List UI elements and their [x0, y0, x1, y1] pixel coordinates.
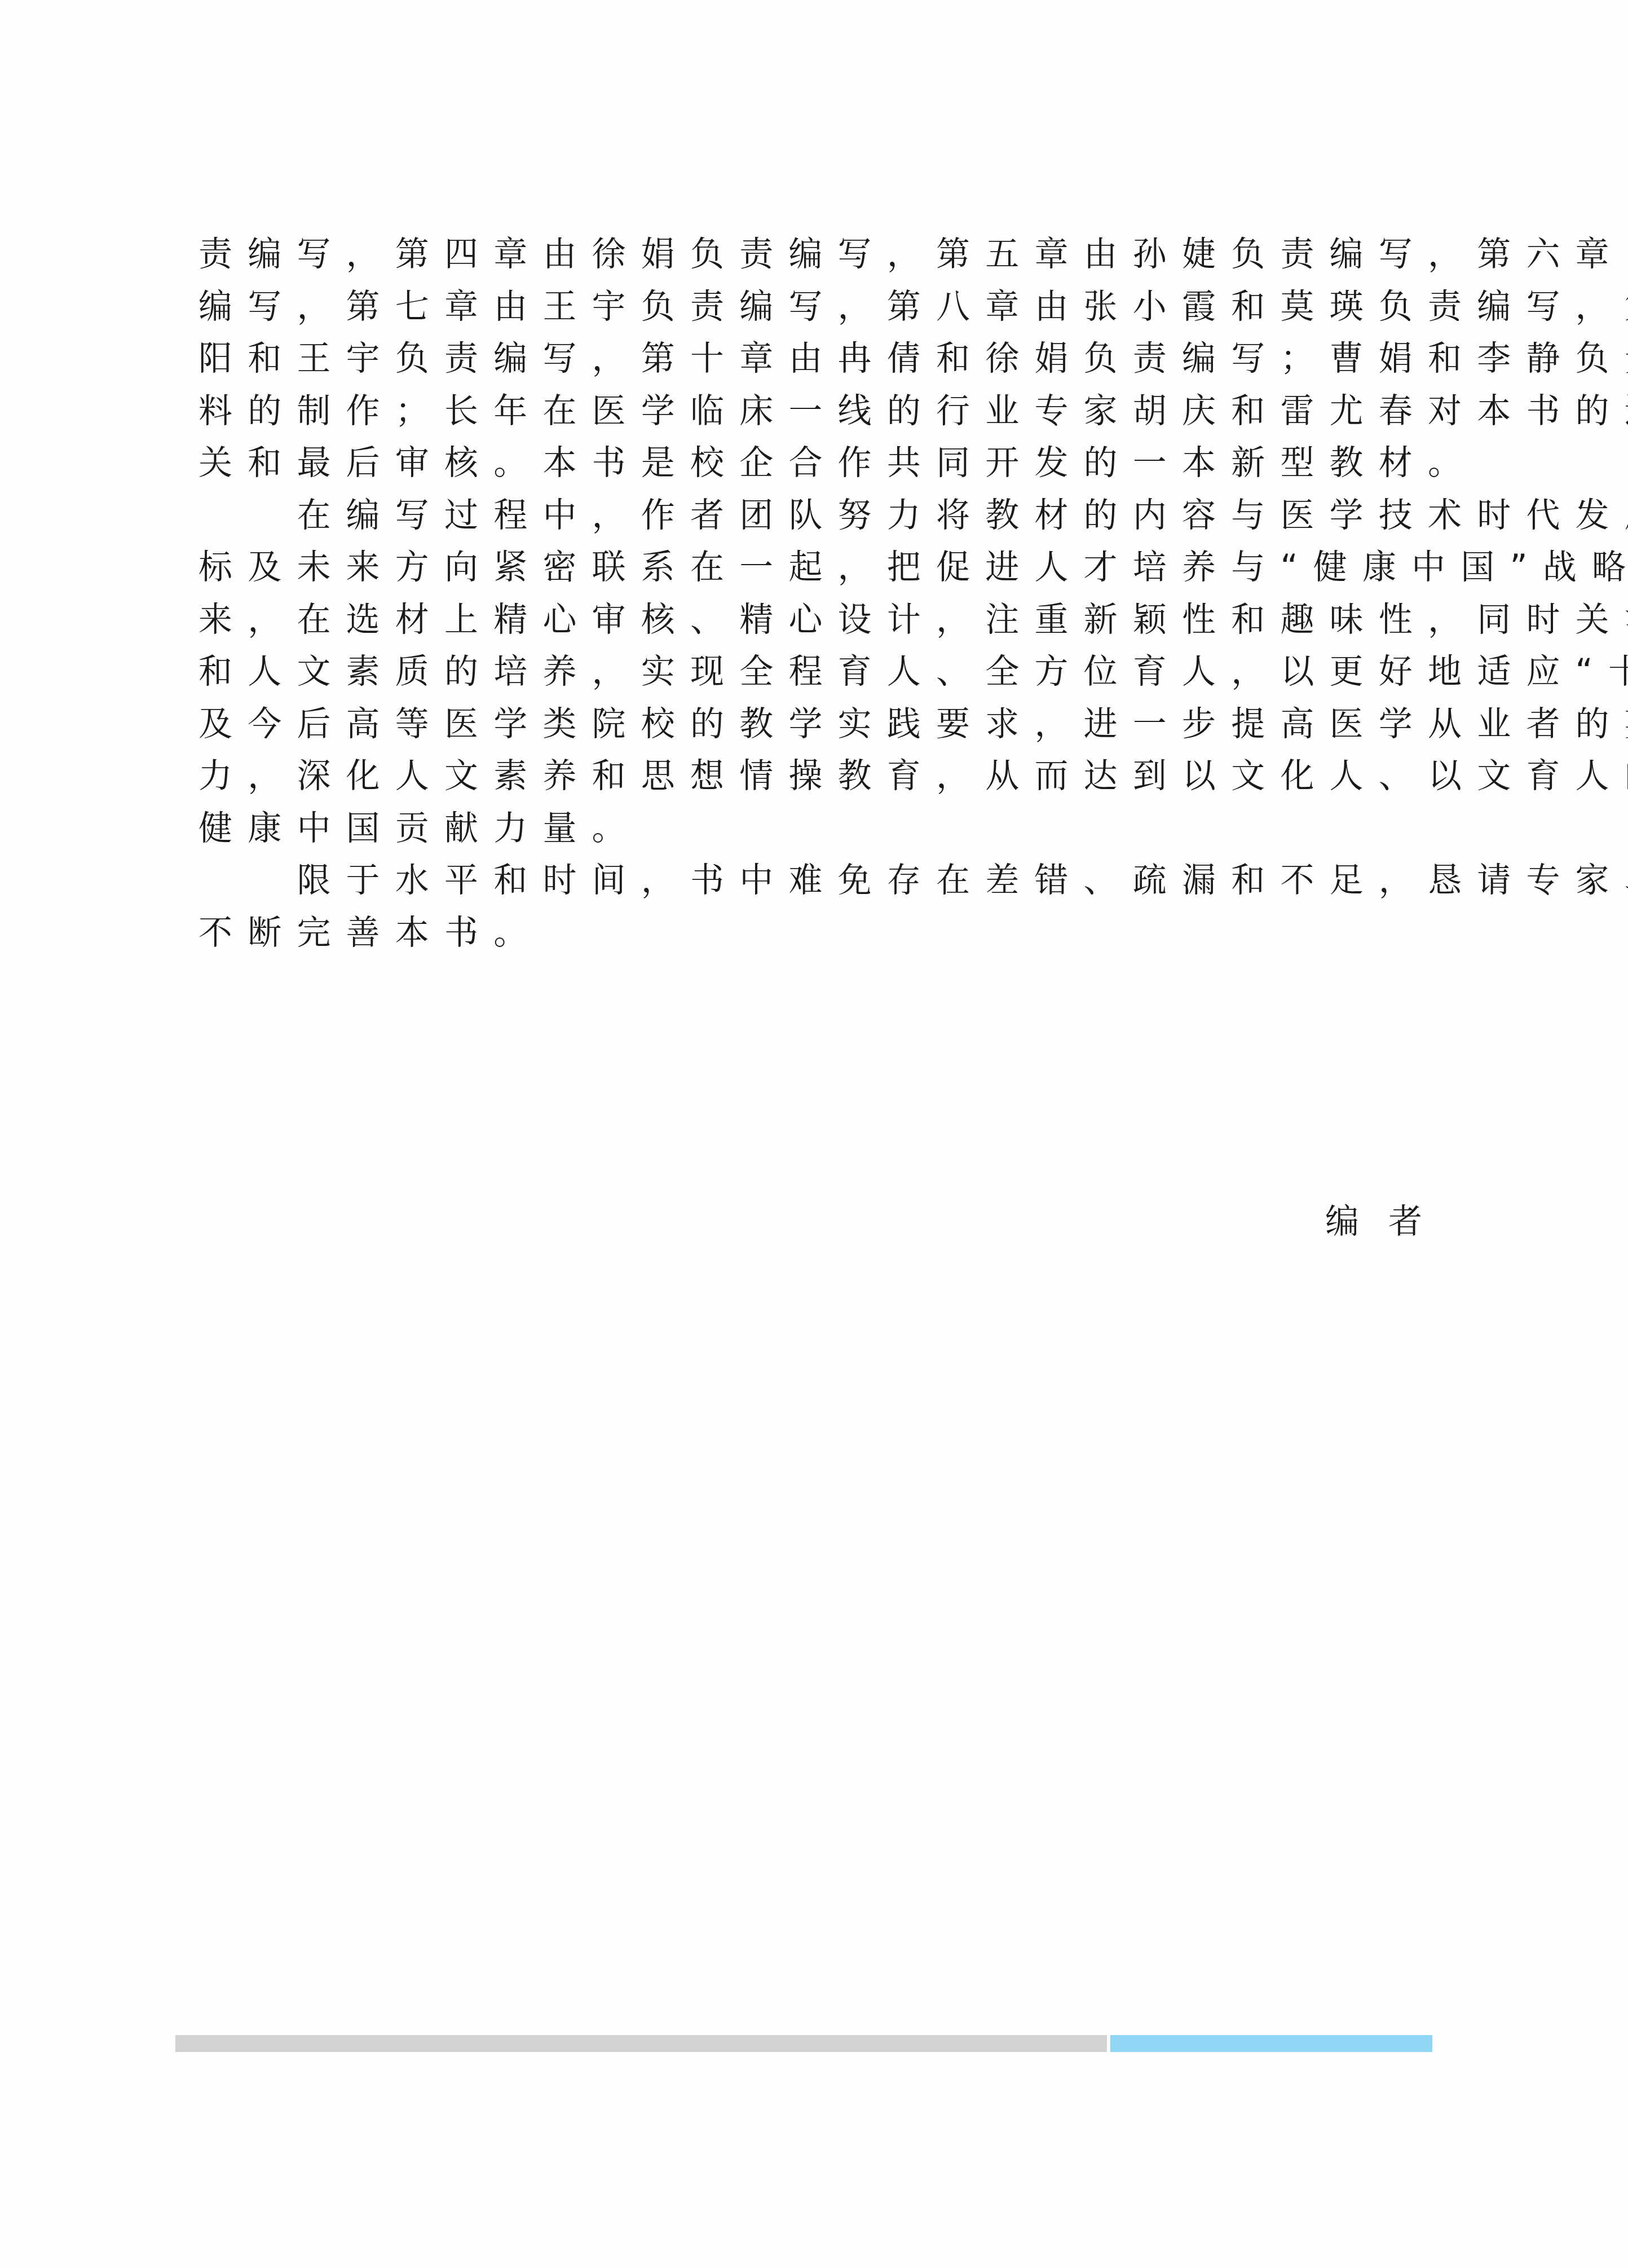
- signature-editors: 编者: [1325, 1196, 1422, 1248]
- text-line: 标及未来方向紧密联系在一起，把促进人才培养与“健康中国”战略紧密结合起: [198, 541, 1433, 594]
- paragraph-disclaimer: 限于水平和时间，书中难免存在差错、疏漏和不足，恳请专家、读者批评指正，以期 不断…: [198, 855, 1433, 959]
- paragraph-writing-process: 在编写过程中，作者团队努力将教材的内容与医学技术时代发展的现实目 标及未来方向紧…: [198, 490, 1433, 855]
- text-line: 及今后高等医学类院校的教学实践要求，进一步提高医学从业者的英语应用能: [198, 698, 1433, 751]
- text-line: 健康中国贡献力量。: [198, 803, 1433, 855]
- document-page: 责编写，第四章由徐娟负责编写，第五章由孙婕负责编写，第六章由王炎峰负责 编写，第…: [0, 0, 1628, 2268]
- text-line: 来，在选材上精心审核、精心设计，注重新颖性和趣味性，同时关注对读者的思想: [198, 594, 1433, 646]
- text-line: 力，深化人文素养和思想情操教育，从而达到以文化人、以文育人的效果，为建设: [198, 750, 1433, 803]
- text-line: 责编写，第四章由徐娟负责编写，第五章由孙婕负责编写，第六章由王炎峰负责: [198, 228, 1433, 281]
- text-line: 阳和王宇负责编写，第十章由冉倩和徐娟负责编写；曹娟和李静负责配套电子资: [198, 333, 1433, 385]
- preface-body: 责编写，第四章由徐娟负责编写，第五章由孙婕负责编写，第六章由王炎峰负责 编写，第…: [198, 228, 1433, 959]
- text-line: 料的制作；长年在医学临床一线的行业专家胡庆和雷尤春对本书的选材进行把: [198, 385, 1433, 438]
- text-line: 关和最后审核。本书是校企合作共同开发的一本新型教材。: [198, 437, 1433, 490]
- footer-decorative-bar-gray: [175, 2035, 1107, 2052]
- text-line: 编写，第七章由王宇负责编写，第八章由张小霞和莫瑛负责编写，第九章由叶腾: [198, 281, 1433, 333]
- text-line: 不断完善本书。: [198, 907, 1433, 959]
- signature-char: 者: [1388, 1202, 1422, 1241]
- text-line: 在编写过程中，作者团队努力将教材的内容与医学技术时代发展的现实目: [198, 490, 1433, 542]
- footer-decorative-bar-blue: [1110, 2035, 1432, 2052]
- signature-char: 编: [1325, 1202, 1359, 1241]
- paragraph-authors: 责编写，第四章由徐娟负责编写，第五章由孙婕负责编写，第六章由王炎峰负责 编写，第…: [198, 228, 1433, 490]
- text-line: 限于水平和时间，书中难免存在差错、疏漏和不足，恳请专家、读者批评指正，以期: [198, 855, 1433, 907]
- text-line: 和人文素质的培养，实现全程育人、全方位育人，以更好地适应“十四五”时期以: [198, 646, 1433, 698]
